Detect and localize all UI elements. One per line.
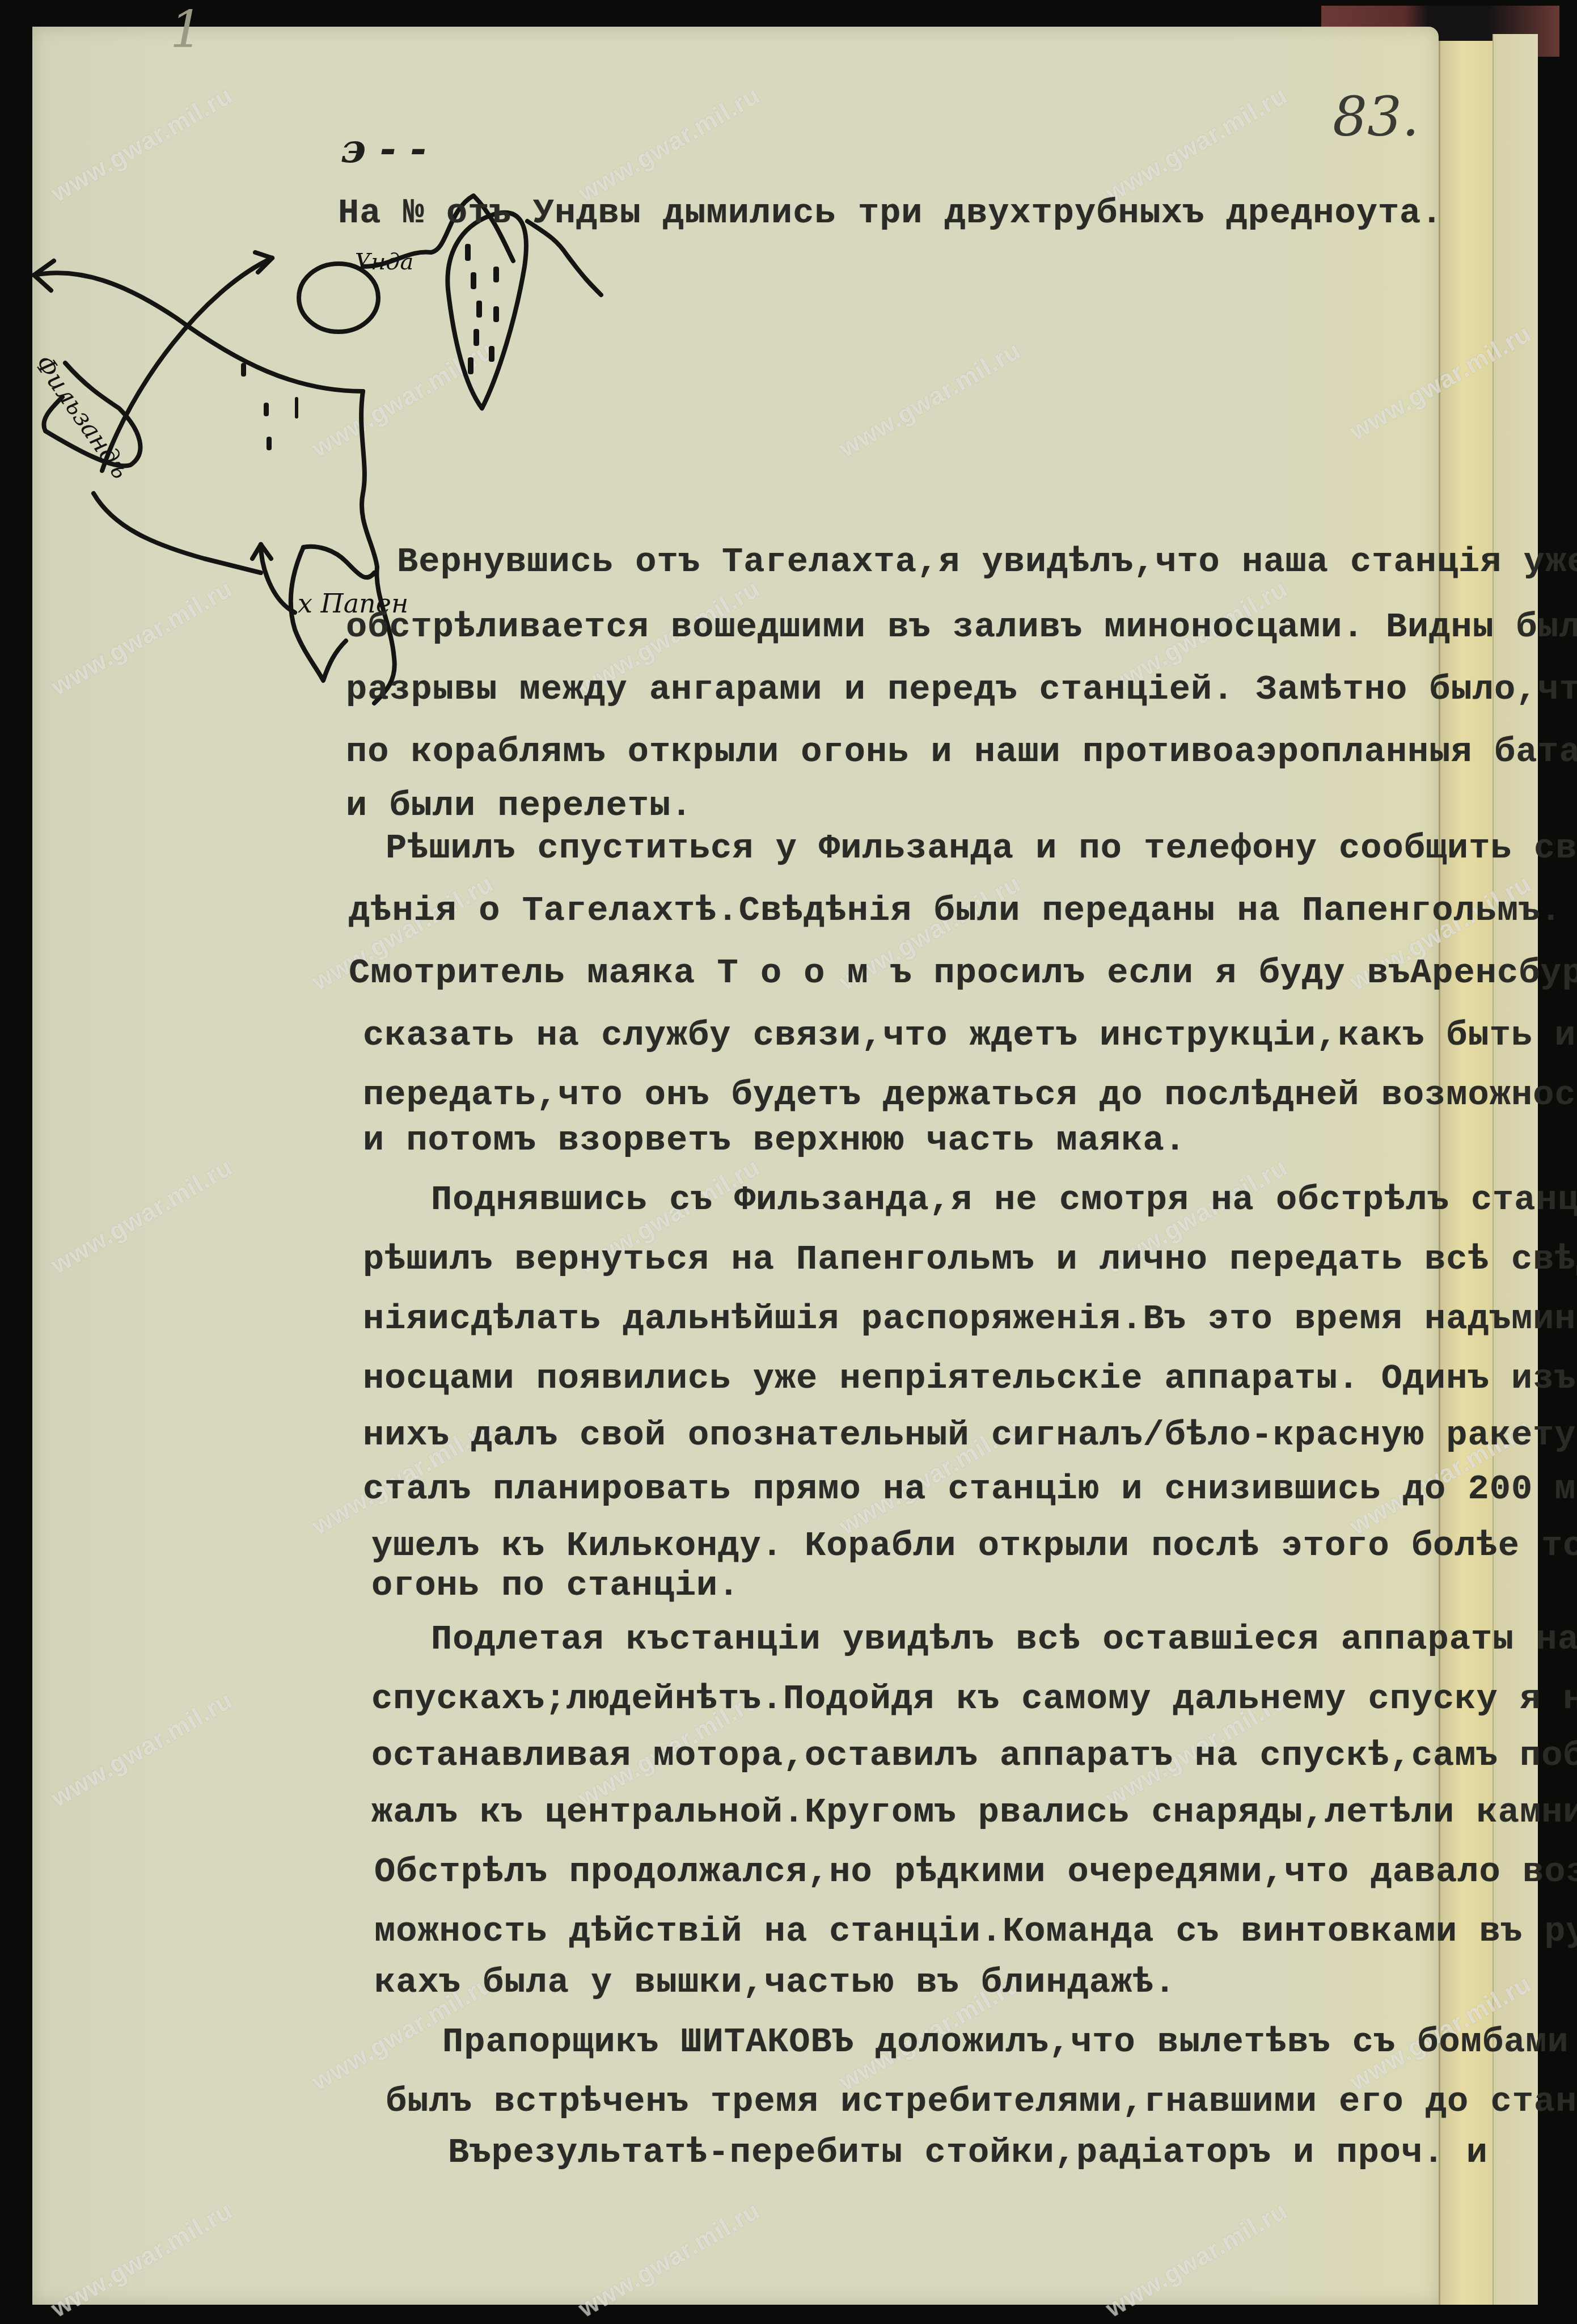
typed-line: спускахъ;людейнѣтъ.Подойдя къ самому дал… [371, 1679, 1577, 1719]
typed-line: передать,что онъ будетъ держаться до пос… [363, 1075, 1577, 1115]
typed-line: Рѣшилъ спуститься у Фильзанда и по телеф… [386, 828, 1577, 868]
typed-line: огонь по станціи. [371, 1565, 740, 1605]
typed-line: На № отъ Ундвы дымились три двухтрубныхъ… [338, 193, 1443, 233]
typed-line: ніяисдѣлать дальнѣйшія распоряженія.Въ э… [363, 1299, 1577, 1339]
typed-line: разрывы между ангарами и передъ станціей… [346, 669, 1577, 709]
typed-line: нихъ далъ свой опознательный сигналъ/бѣл… [363, 1415, 1577, 1455]
typed-line: носцами появились уже непріятельскіе апп… [363, 1358, 1576, 1398]
typed-line: Прапорщикъ ШИТАКОВЪ доложилъ,что вылетѣв… [442, 2022, 1569, 2062]
sketch-label-undva: Унда [354, 249, 413, 275]
typed-line: и потомъ взорветъ верхнюю часть маяка. [363, 1120, 1186, 1160]
typed-line: можность дѣйствій на станціи.Команда съ … [374, 1911, 1577, 1951]
typed-line: Смотритель маяка Т о о м ъ просилъ если … [349, 953, 1577, 993]
typed-line: рѣшилъ вернуться на Папенгольмъ и лично … [363, 1239, 1577, 1279]
typed-line: обстрѣливается вошедшими въ заливъ минон… [346, 607, 1577, 647]
typed-line: сталъ планировать прямо на станцію и сни… [363, 1469, 1577, 1509]
typed-line: останавливая мотора,оставилъ аппаратъ на… [371, 1735, 1577, 1776]
typed-line: Подлетая къстанціи увидѣлъ всѣ оставшіес… [431, 1619, 1577, 1659]
typed-line: ушелъ къ Кильконду. Корабли открыли посл… [371, 1526, 1577, 1566]
typed-line: дѣнія о Тагелахтѣ.Свѣдѣнія были переданы… [349, 890, 1562, 931]
typed-line: Обстрѣлъ продолжался,но рѣдкими очередям… [374, 1852, 1577, 1892]
typed-line: Вернувшись отъ Тагелахта,я увидѣлъ,что н… [397, 542, 1577, 582]
typed-line: Върезультатѣ-перебиты стойки,радіаторъ и… [448, 2132, 1488, 2173]
typed-line: жалъ къ центральной.Кругомъ рвались снар… [371, 1792, 1577, 1832]
typed-line: былъ встрѣченъ тремя истребителями,гнавш… [386, 2081, 1577, 2122]
typed-line: сказать на службу связи,что ждетъ инстру… [363, 1015, 1576, 1055]
typed-line: и были перелеты. [346, 785, 692, 826]
typed-line: по кораблямъ открыли огонь и наши против… [346, 732, 1577, 772]
typed-line: Поднявшись съ Фильзанда,я не смотря на о… [431, 1180, 1577, 1220]
typed-line: кахъ была у вышки,частью въ блиндажѣ. [374, 1962, 1176, 2002]
